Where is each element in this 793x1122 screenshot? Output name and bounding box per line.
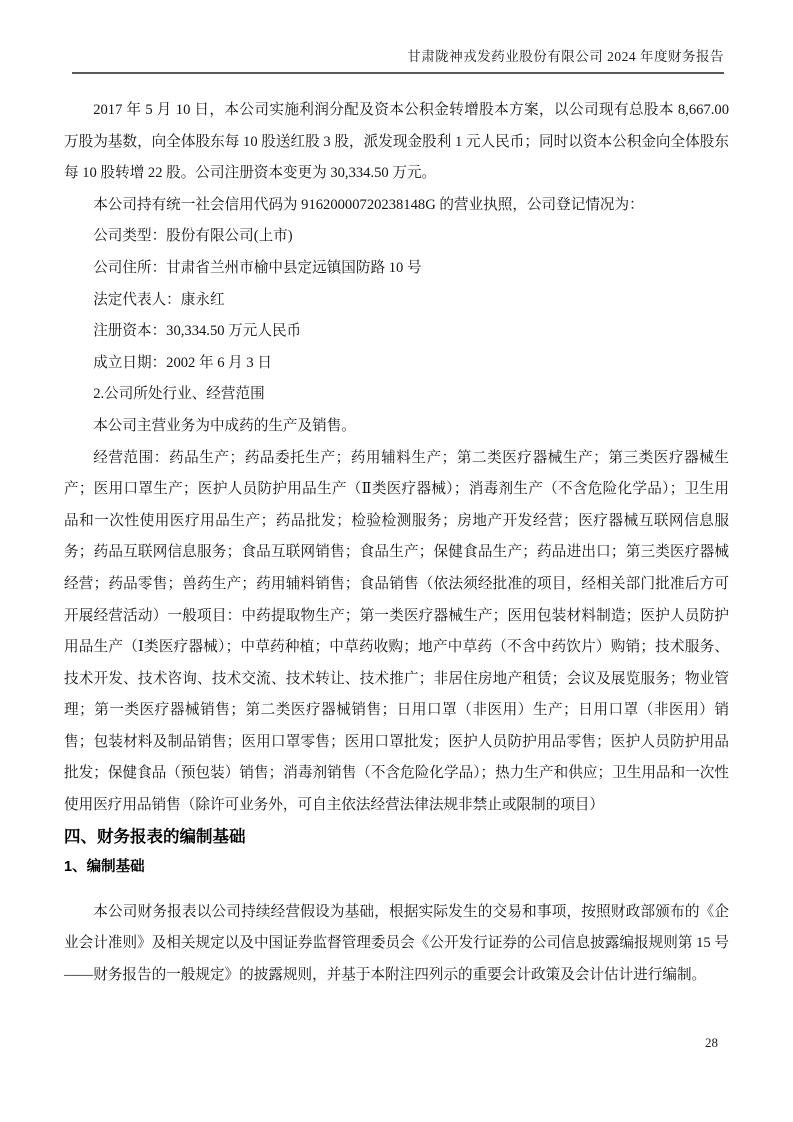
line-company-type: 公司类型：股份有限公司(上市): [64, 221, 729, 253]
paragraph-capital-change: 2017 年 5 月 10 日，本公司实施利润分配及资本公积金转增股本方案，以公…: [64, 95, 729, 190]
line-establishment-date: 成立日期：2002 年 6 月 3 日: [64, 348, 729, 380]
section-heading-basis-of-preparation: 四、财务报表的编制基础: [64, 822, 729, 852]
line-legal-representative: 法定代表人：康永红: [64, 285, 729, 317]
page-header: 甘肃陇神戎发药业股份有限公司 2024 年度财务报告: [72, 48, 724, 74]
paragraph-preparation-basis: 本公司财务报表以公司持续经营假设为基础，根据实际发生的交易和事项，按照财政部颁布…: [64, 897, 729, 992]
line-main-business: 本公司主营业务为中成药的生产及销售。: [64, 411, 729, 443]
line-registered-capital: 注册资本：30,334.50 万元人民币: [64, 316, 729, 348]
report-title: 甘肃陇神戎发药业股份有限公司 2024 年度财务报告: [407, 49, 724, 64]
paragraph-business-scope: 经营范围：药品生产；药品委托生产；药用辅料生产；第二类医疗器械生产；第三类医疗器…: [64, 443, 729, 822]
document-body: 2017 年 5 月 10 日，本公司实施利润分配及资本公积金转增股本方案，以公…: [64, 95, 729, 991]
paragraph-business-license: 本公司持有统一社会信用代码为 91620000720238148G 的营业执照，…: [64, 190, 729, 222]
line-company-address: 公司住所：甘肃省兰州市榆中县定远镇国防路 10 号: [64, 253, 729, 285]
document-page: 甘肃陇神戎发药业股份有限公司 2024 年度财务报告 2017 年 5 月 10…: [0, 0, 793, 1122]
subsection-heading-preparation-basis: 1、编制基础: [64, 852, 729, 882]
page-number: 28: [705, 1035, 718, 1051]
line-industry-section-title: 2.公司所处行业、经营范围: [64, 379, 729, 411]
